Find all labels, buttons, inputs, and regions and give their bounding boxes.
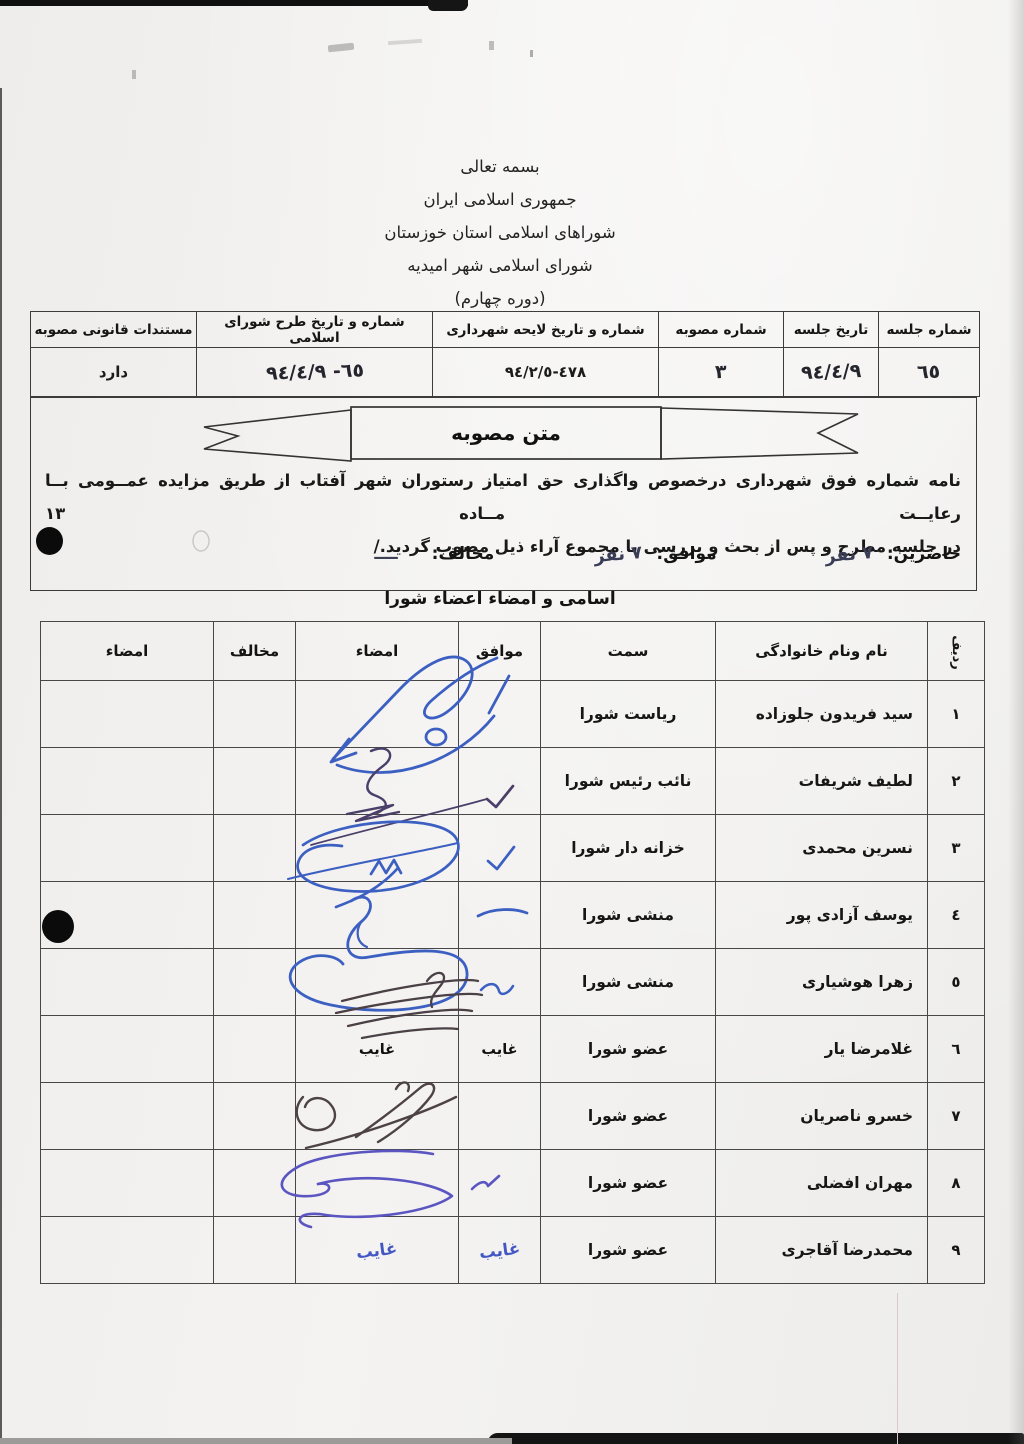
letterhead: بسمه تعالی جمهوری اسلامی ایران شوراهای ا… <box>30 150 970 315</box>
col-header-position: سمت <box>541 622 716 681</box>
signature-cell <box>296 815 459 882</box>
member-position: منشی شورا <box>541 949 716 1016</box>
member-name: سید فریدون جلوزاده <box>716 681 928 748</box>
info-header: شماره و تاریخ لایحه شهرداری <box>433 312 659 348</box>
agree-cell <box>459 815 541 882</box>
info-header: شماره جلسه <box>879 312 980 348</box>
signature-cell <box>296 882 459 949</box>
table-row: ٧ خسرو ناصریان عضو شورا <box>41 1083 985 1150</box>
info-header: مستندات قانونی مصوبه <box>31 312 197 348</box>
member-name: لطیف شریفات <box>716 748 928 815</box>
member-name: نسرین محمدی <box>716 815 928 882</box>
absent-note-handwritten: غایب <box>355 1238 398 1262</box>
scan-smudge <box>388 39 422 45</box>
oppose-cell <box>214 1083 296 1150</box>
attendees-value-handwritten: ۷ نفر <box>824 541 874 566</box>
absent-note: غایب <box>359 1042 395 1058</box>
table-row: ٦ غلامرضا یار عضو شورا غایب غایب <box>41 1016 985 1083</box>
oppose-signature-cell <box>41 1016 214 1083</box>
member-name: محمدرضا آقاجری <box>716 1217 928 1284</box>
agree-cell <box>459 949 541 1016</box>
member-name: مهران افضلی <box>716 1150 928 1217</box>
col-header-oppose: مخالف <box>214 622 296 681</box>
member-name: یوسف آزادی پور <box>716 882 928 949</box>
member-name: غلامرضا یار <box>716 1016 928 1083</box>
member-position: عضو شورا <box>541 1217 716 1284</box>
resolution-banner-title: متن مصوبه <box>351 408 661 458</box>
council-plan-number: ٦٥- ٩٤/٤/٩ <box>197 348 433 397</box>
oppose-signature-cell <box>41 1217 214 1284</box>
member-position: منشی شورا <box>541 882 716 949</box>
signature-cell <box>296 1083 459 1150</box>
agree-value-handwritten: ۷ نفر <box>593 541 643 566</box>
oppose-cell <box>214 1016 296 1083</box>
attendees-label: حاضرین: <box>887 544 961 564</box>
members-header-row: ردیف نام ونام خانوادگی سمت موافق امضاء م… <box>41 622 985 681</box>
oppose-cell <box>214 748 296 815</box>
scan-right-shade <box>1008 0 1024 1444</box>
oppose-signature-cell <box>41 1083 214 1150</box>
legal-documentation: دارد <box>31 348 197 397</box>
oppose-cell <box>214 1217 296 1284</box>
session-number: ٦٥ <box>879 348 980 397</box>
member-position: عضو شورا <box>541 1083 716 1150</box>
signature-cell <box>296 949 459 1016</box>
oppose-signature-cell <box>41 748 214 815</box>
oppose-signature-cell <box>41 815 214 882</box>
signature-cell <box>296 748 459 815</box>
info-header: شماره و تاریخ طرح شورای اسلامی <box>197 312 433 348</box>
info-header-row: شماره جلسه تاریخ جلسه شماره مصوبه شماره … <box>31 312 980 348</box>
col-header-name: نام ونام خانوادگی <box>716 622 928 681</box>
agree-cell <box>459 882 541 949</box>
scan-smudge <box>530 50 533 57</box>
member-position: خزانه دار شورا <box>541 815 716 882</box>
table-row: ٥ زهرا هوشیاری منشی شورا <box>41 949 985 1016</box>
letterhead-line: شوراهای اسلامی استان خوزستان <box>30 216 970 249</box>
agree-cell <box>459 748 541 815</box>
table-row: ١ سید فریدون جلوزاده ریاست شورا <box>41 681 985 748</box>
municipality-bill-number: ٤٧٨-٩٤/٢/٥ <box>433 348 659 397</box>
oppose-value: ــــ <box>374 544 397 564</box>
oppose-signature-cell <box>41 949 214 1016</box>
oppose-signature-cell <box>41 1150 214 1217</box>
info-value-row: ٦٥ ٩٤/٤/٩ ٣ ٤٧٨-٩٤/٢/٥ ٦٥- ٩٤/٤/٩ دارد <box>31 348 980 397</box>
agree-label: موافق: <box>656 544 716 564</box>
agree-cell: غایب <box>459 1016 541 1083</box>
oppose-signature-cell <box>41 681 214 748</box>
letterhead-line: شورای اسلامی شهر امیدیه <box>30 249 970 282</box>
agree-cell <box>459 1083 541 1150</box>
resolution-number: ٣ <box>659 348 784 397</box>
absent-note-handwritten: غایب <box>478 1238 521 1262</box>
resolution-text-line: نامه شماره فوق شهرداری درخصوص واگذاری حق… <box>45 464 961 530</box>
table-row: ٨ مهران افضلی عضو شورا <box>41 1150 985 1217</box>
scan-edge-top <box>0 0 468 6</box>
scan-edge-bottom <box>488 1433 1024 1444</box>
member-name: خسرو ناصریان <box>716 1083 928 1150</box>
members-signature-table: ردیف نام ونام خانوادگی سمت موافق امضاء م… <box>40 621 985 1284</box>
member-position: عضو شورا <box>541 1016 716 1083</box>
oppose-cell <box>214 1150 296 1217</box>
letterhead-line: جمهوری اسلامی ایران <box>30 183 970 216</box>
scan-edge-top-blob <box>428 0 468 11</box>
signature-cell <box>296 1150 459 1217</box>
member-name: زهرا هوشیاری <box>716 949 928 1016</box>
scan-smudge <box>328 43 355 53</box>
signature-cell: غایب <box>296 1016 459 1083</box>
col-header-row-number: ردیف <box>928 622 985 681</box>
table-row: ٢ لطیف شریفات نائب رئیس شورا <box>41 748 985 815</box>
oppose-signature-cell <box>41 882 214 949</box>
scan-smudge <box>132 70 136 79</box>
scan-edge-bottom-left <box>0 1438 512 1444</box>
scanned-document: بسمه تعالی جمهوری اسلامی ایران شوراهای ا… <box>0 0 1024 1444</box>
col-header-signature: امضاء <box>296 622 459 681</box>
col-header-agree: موافق <box>459 622 541 681</box>
table-row: ٩ محمدرضا آقاجری عضو شورا غایب غایب <box>41 1217 985 1284</box>
absent-note: غایب <box>481 1042 517 1058</box>
member-position: نائب رئیس شورا <box>541 748 716 815</box>
info-header: شماره مصوبه <box>659 312 784 348</box>
scan-fold-line <box>897 1293 898 1444</box>
member-position: ریاست شورا <box>541 681 716 748</box>
attendance-line: حاضرین: ۷ نفر موافق: ۷ نفر مخالف: ــــ <box>45 536 961 572</box>
oppose-cell <box>214 681 296 748</box>
signature-cell: غایب <box>296 1217 459 1284</box>
table-row: ٤ یوسف آزادی پور منشی شورا <box>41 882 985 949</box>
member-position: عضو شورا <box>541 1150 716 1217</box>
scan-edge-left <box>0 88 2 1444</box>
agree-cell <box>459 681 541 748</box>
oppose-cell <box>214 815 296 882</box>
session-date: ٩٤/٤/٩ <box>784 348 879 397</box>
agree-cell: غایب <box>459 1217 541 1284</box>
signature-cell <box>296 681 459 748</box>
col-header-signature2: امضاء <box>41 622 214 681</box>
scan-smudge <box>489 41 494 50</box>
resolution-section: متن مصوبه نامه شماره فوق شهرداری درخصوص … <box>30 397 977 591</box>
session-info-table: شماره جلسه تاریخ جلسه شماره مصوبه شماره … <box>30 311 980 397</box>
agree-cell <box>459 1150 541 1217</box>
table-row: ٣ نسرین محمدی خزانه دار شورا <box>41 815 985 882</box>
oppose-cell <box>214 882 296 949</box>
members-table-title: اسامی و امضاء اعضاء شورا <box>30 589 970 609</box>
oppose-cell <box>214 949 296 1016</box>
letterhead-line: بسمه تعالی <box>30 150 970 183</box>
oppose-label: مخالف: <box>432 544 495 564</box>
info-header: تاریخ جلسه <box>784 312 879 348</box>
